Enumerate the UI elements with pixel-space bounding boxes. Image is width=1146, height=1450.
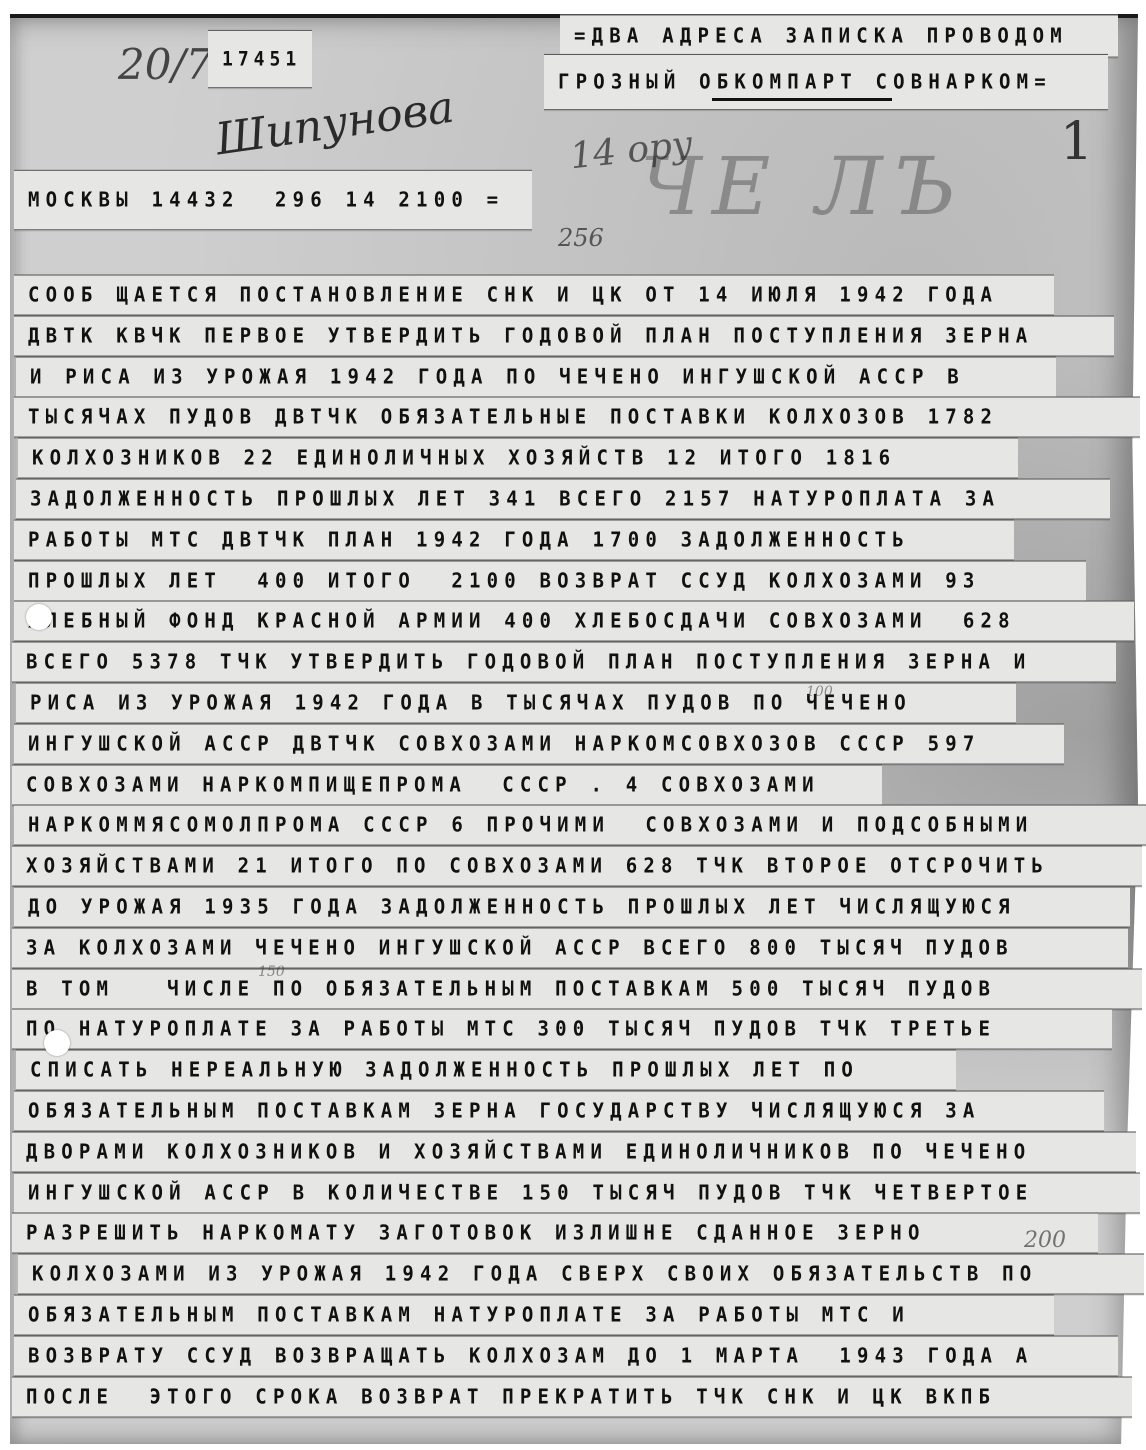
telegram-line-text: ИНГУШСКОЙ АССР ДВТЧК СОВХОЗАМИ НАРКОМСОВ… [28,732,981,756]
telegram-line: ЗА КОЛХОЗАМИ ЧЕЧЕНО ИНГУШСКОЙ АССР ВСЕГО… [12,927,1128,968]
address-text-1: =ДВА АДРЕСА ЗАПИСКА ПРОВОДОМ [574,24,1068,48]
telegram-line-text: КОЛХОЗНИКОВ 22 ЕДИНОЛИЧНЫХ ХОЗЯЙСТВ 12 И… [32,446,896,470]
telegram-line-text: СООБ ЩАЕТСЯ ПОСТАНОВЛЕНИЕ СНК И ЦК ОТ 14… [28,283,998,307]
telegram-line: СОВХОЗАМИ НАРКОМПИЩЕПРОМА СССР . 4 СОВХО… [12,764,882,805]
handwritten-number: 256 [558,224,604,252]
telegram-line-text: ДВОРАМИ КОЛХОЗНИКОВ И ХОЗЯЙСТВАМИ ЕДИНОЛ… [26,1140,1031,1164]
telegram-line: ДВОРАМИ КОЛХОЗНИКОВ И ХОЗЯЙСТВАМИ ЕДИНОЛ… [12,1131,1136,1172]
annotation-150: 150 [258,964,285,980]
telegram-line-text: ПО НАТУРОПЛАТЕ ЗА РАБОТЫ МТС 300 ТЫСЯЧ П… [26,1018,996,1042]
telegram-line-text: ТЫСЯЧАХ ПУДОВ ДВТЧК ОБЯЗАТЕЛЬНЫЕ ПОСТАВК… [28,406,998,430]
telegram-line-text: ХЛЕБНЫЙ ФОНД КРАСНОЙ АРМИИ 400 ХЛЕБОСДАЧ… [28,610,1016,634]
telegram-line: ИНГУШСКОЙ АССР В КОЛИЧЕСТВЕ 150 ТЫСЯЧ ПУ… [14,1172,1140,1213]
telegram-line: ОБЯЗАТЕЛЬНЫМ ПОСТАВКАМ ЗЕРНА ГОСУДАРСТВУ… [14,1090,1104,1131]
address-line-1: =ДВА АДРЕСА ЗАПИСКА ПРОВОДОМ [560,14,1118,57]
telegram-line-text: ВОЗВРАТУ ССУД ВОЗВРАЩАТЬ КОЛХОЗАМ ДО 1 М… [28,1344,1033,1368]
telegram-line-text: ЗАДОЛЖЕННОСТЬ ПРОШЛЫХ ЛЕТ 341 ВСЕГО 2157… [30,487,1000,511]
telegram-line: ЗАДОЛЖЕННОСТЬ ПРОШЛЫХ ЛЕТ 341 ВСЕГО 2157… [16,478,1110,519]
telegram-line: РАБОТЫ МТС ДВТЧК ПЛАН 1942 ГОДА 1700 ЗАД… [14,519,1014,560]
telegram-line-text: ПРОШЛЫХ ЛЕТ 400 ИТОГО 2100 ВОЗВРАТ ССУД … [28,569,981,593]
telegram-line: И РИСА ИЗ УРОЖАЯ 1942 ГОДА ПО ЧЕЧЕНО ИНГ… [16,356,1056,397]
telegram-line: КОЛХОЗАМИ ИЗ УРОЖАЯ 1942 ГОДА СВЕРХ СВОИ… [18,1254,1144,1295]
telegram-line: ПОСЛЕ ЭТОГО СРОКА ВОЗВРАТ ПРЕКРАТИТЬ ТЧК… [12,1376,1132,1417]
page-number: 1 [1060,112,1093,172]
annotation-200: 200 [1024,1228,1066,1253]
telegram-line-text: ДВТК КВЧК ПЕРВОЕ УТВЕРДИТЬ ГОДОВОЙ ПЛАН … [28,324,1033,348]
telegram-line: ДО УРОЖАЯ 1935 ГОДА ЗАДОЛЖЕННОСТЬ ПРОШЛЫ… [14,886,1130,927]
telegram-line-text: НАРКОММЯСОМОЛПРОМА СССР 6 ПРОЧИМИ СОВХОЗ… [28,814,1033,838]
telegram-line-text: РАЗРЕШИТЬ НАРКОМАТУ ЗАГОТОВОК ИЗЛИШНЕ СД… [26,1222,926,1246]
punch-hole-bottom [44,1030,70,1056]
telegram-line: ВОЗВРАТУ ССУД ВОЗВРАЩАТЬ КОЛХОЗАМ ДО 1 М… [14,1335,1118,1376]
origin-text: МОСКВЫ 14432 296 14 2100 = [28,188,504,212]
telegram-line: РИСА ИЗ УРОЖАЯ 1942 ГОДА В ТЫСЯЧАХ ПУДОВ… [16,682,1016,723]
telegram-line-text: СПИСАТЬ НЕРЕАЛЬНУЮ ЗАДОЛЖЕННОСТЬ ПРОШЛЫХ… [30,1058,859,1082]
serial-number-strip: 17451 [208,30,312,88]
telegram-line-text: ХОЗЯЙСТВАМИ 21 ИТОГО ПО СОВХОЗАМИ 628 ТЧ… [26,854,1049,878]
telegram-line-text: ОБЯЗАТЕЛЬНЫМ ПОСТАВКАМ ЗЕРНА ГОСУДАРСТВУ… [28,1099,981,1123]
telegram-line-text: И РИСА ИЗ УРОЖАЯ 1942 ГОДА ПО ЧЕЧЕНО ИНГ… [30,365,965,389]
telegram-line: НАРКОММЯСОМОЛПРОМА СССР 6 ПРОЧИМИ СОВХОЗ… [14,805,1146,846]
telegram-line: В ТОМ ЧИСЛЕ ПО ОБЯЗАТЕЛЬНЫМ ПОСТАВКАМ 50… [12,968,1142,1009]
telegram-line: ПРОШЛЫХ ЛЕТ 400 ИТОГО 2100 ВОЗВРАТ ССУД … [14,560,1086,601]
telegram-line-text: ПОСЛЕ ЭТОГО СРОКА ВОЗВРАТ ПРЕКРАТИТЬ ТЧК… [26,1385,996,1409]
telegram-line-text: КОЛХОЗАМИ ИЗ УРОЖАЯ 1942 ГОДА СВЕРХ СВОИ… [32,1262,1037,1286]
address-line-2: ГРОЗНЫЙ ОБКОМПАРТ СОВНАРКОМ= [544,54,1108,110]
telegram-line: ПО НАТУРОПЛАТЕ ЗА РАБОТЫ МТС 300 ТЫСЯЧ П… [12,1009,1112,1050]
telegram-line-text: РАБОТЫ МТС ДВТЧК ПЛАН 1942 ГОДА 1700 ЗАД… [28,528,910,552]
telegram-line: РАЗРЕШИТЬ НАРКОМАТУ ЗАГОТОВОК ИЗЛИШНЕ СД… [12,1213,1098,1254]
telegram-line: СООБ ЩАЕТСЯ ПОСТАНОВЛЕНИЕ СНК И ЦК ОТ 14… [14,274,1054,315]
telegram-line-text: РИСА ИЗ УРОЖАЯ 1942 ГОДА В ТЫСЯЧАХ ПУДОВ… [30,691,912,715]
telegram-line-text: ЗА КОЛХОЗАМИ ЧЕЧЕНО ИНГУШСКОЙ АССР ВСЕГО… [26,936,1014,960]
telegram-line: ИНГУШСКОЙ АССР ДВТЧК СОВХОЗАМИ НАРКОМСОВ… [14,723,1064,764]
telegram-line-text: ВСЕГО 5378 ТЧК УТВЕРДИТЬ ГОДОВОЙ ПЛАН ПО… [26,650,1031,674]
telegram-line: КОЛХОЗНИКОВ 22 ЕДИНОЛИЧНЫХ ХОЗЯЙСТВ 12 И… [18,438,1018,479]
telegram-line-text: ОБЯЗАТЕЛЬНЫМ ПОСТАВКАМ НАТУРОПЛАТЕ ЗА РА… [28,1303,910,1327]
address-text-2: ГРОЗНЫЙ ОБКОМПАРТ СОВНАРКОМ= [558,70,1052,94]
telegram-line: ТЫСЯЧАХ ПУДОВ ДВТЧК ОБЯЗАТЕЛЬНЫЕ ПОСТАВК… [14,397,1140,438]
punch-hole-top [26,604,52,630]
telegram-line-text: СОВХОЗАМИ НАРКОМПИЩЕПРОМА СССР . 4 СОВХО… [26,773,820,797]
telegram-line-text: ИНГУШСКОЙ АССР В КОЛИЧЕСТВЕ 150 ТЫСЯЧ ПУ… [28,1181,1033,1205]
telegram-line: СПИСАТЬ НЕРЕАЛЬНУЮ ЗАДОЛЖЕННОСТЬ ПРОШЛЫХ… [16,1050,956,1091]
telegram-line-text: В ТОМ ЧИСЛЕ ПО ОБЯЗАТЕЛЬНЫМ ПОСТАВКАМ 50… [26,977,996,1001]
serial-number: 17451 [222,48,301,71]
obkompart-underline [712,98,892,101]
telegram-line: ХЛЕБНЫЙ ФОНД КРАСНОЙ АРМИИ 400 ХЛЕБОСДАЧ… [14,601,1134,642]
handwritten-date: 20/7 [118,40,212,89]
annotation-100: 100 [806,684,833,700]
origin-line: МОСКВЫ 14432 296 14 2100 = [14,170,532,230]
telegram-line: ВСЕГО 5378 ТЧК УТВЕРДИТЬ ГОДОВОЙ ПЛАН ПО… [12,642,1116,683]
telegram-line: ХОЗЯЙСТВАМИ 21 ИТОГО ПО СОВХОЗАМИ 628 ТЧ… [12,846,1142,887]
telegram-line: ДВТК КВЧК ПЕРВОЕ УТВЕРДИТЬ ГОДОВОЙ ПЛАН … [14,315,1114,356]
telegram-line: ОБЯЗАТЕЛЬНЫМ ПОСТАВКАМ НАТУРОПЛАТЕ ЗА РА… [14,1294,1054,1335]
pencil-scribble: ЧЕ ЛЪ [640,140,966,233]
telegram-line-text: ДО УРОЖАЯ 1935 ГОДА ЗАДОЛЖЕННОСТЬ ПРОШЛЫ… [28,895,1016,919]
